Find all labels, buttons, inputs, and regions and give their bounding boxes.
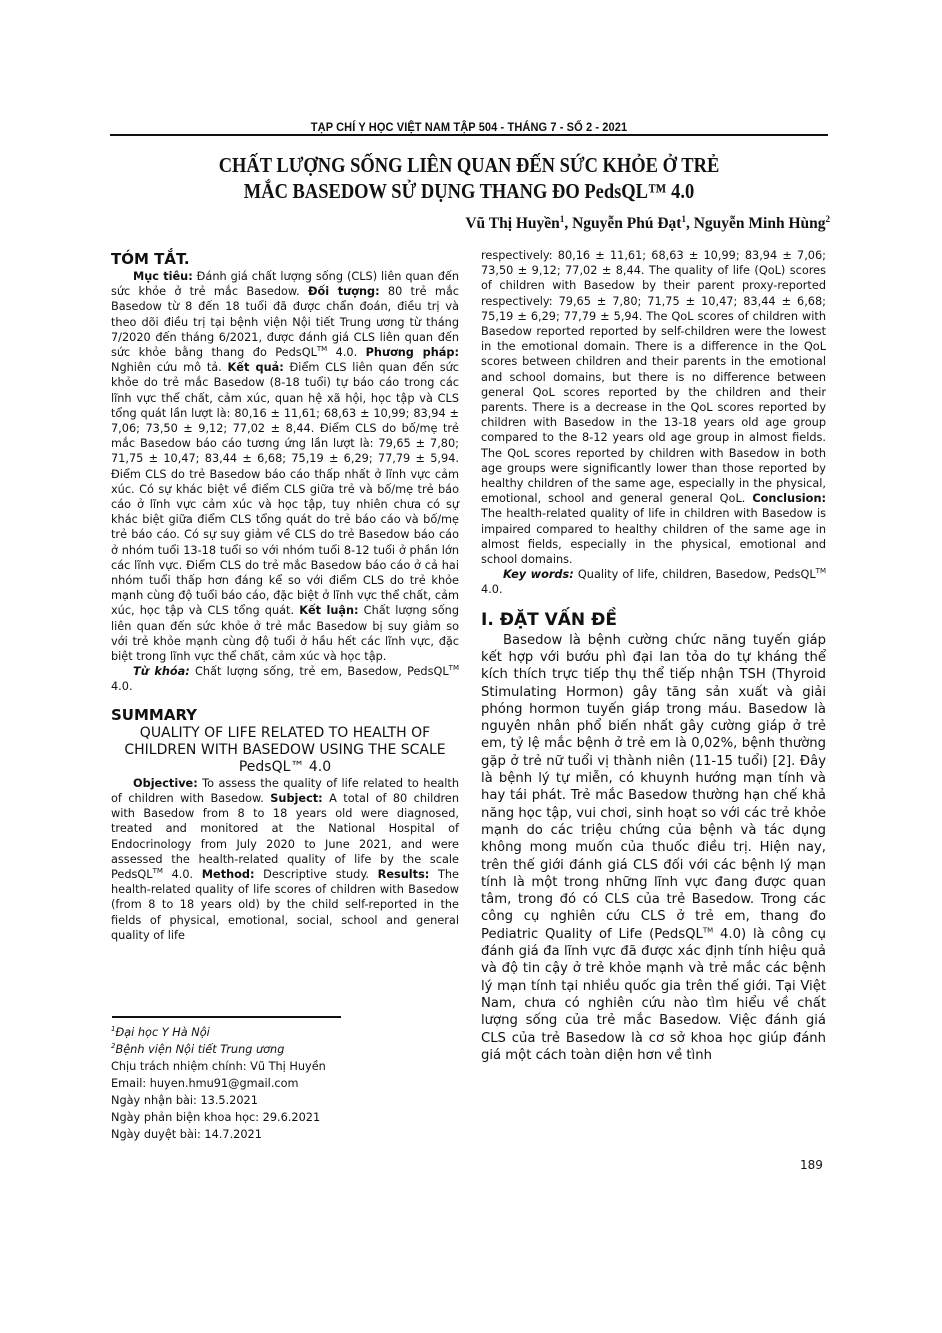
results-label: Kết quả: bbox=[228, 361, 284, 374]
keywords-text: Quality of life, children, Basedow, Peds… bbox=[574, 568, 816, 581]
introduction-text-cont: 4.0) là công cụ đánh giá đa lĩnh vực đã … bbox=[481, 927, 826, 1063]
introduction-body: Basedow là bệnh cường chức năng tuyến gi… bbox=[481, 632, 826, 1064]
conclusion-label: Conclusion: bbox=[752, 492, 826, 505]
trademark: TM bbox=[317, 345, 327, 353]
keywords-text: Chất lượng sống, trẻ em, Basedow, PedsQL bbox=[190, 665, 449, 678]
results-text: Điểm CLS liên quan đến sức khỏe do trẻ m… bbox=[111, 361, 459, 617]
introduction-text: Basedow là bệnh cường chức năng tuyến gi… bbox=[481, 633, 826, 942]
abstract-vi-heading: TÓM TẮT. bbox=[111, 249, 459, 269]
footnote-affiliation-2: 2Bệnh viện Nội tiết Trung ương bbox=[111, 1041, 326, 1058]
header-rule bbox=[110, 134, 828, 136]
footnote-affiliation-1: 1Đại học Y Hà Nội bbox=[111, 1024, 326, 1041]
introduction-heading: I. ĐẶT VẤN ĐỀ bbox=[481, 608, 826, 632]
author-name: Nguyễn Minh Hùng bbox=[694, 215, 826, 232]
keywords-label: Key words: bbox=[503, 568, 574, 581]
subject-tail: 4.0. bbox=[327, 346, 365, 359]
results-text-continued: respectively: 80,16 ± 11,61; 68,63 ± 10,… bbox=[481, 249, 826, 505]
method-text: Descriptive study. bbox=[255, 868, 378, 881]
method-text: Nghiên cứu mô tả. bbox=[111, 361, 228, 374]
keywords-tail: 4.0. bbox=[111, 680, 133, 693]
author-name: Nguyễn Phú Đạt bbox=[572, 215, 681, 232]
affiliation-marker: 1 bbox=[681, 214, 686, 224]
footnote-email: Email: huyen.hmu91@gmail.com bbox=[111, 1075, 326, 1092]
method-label: Method: bbox=[202, 868, 255, 881]
author-list: Vũ Thị Huyền1, Nguyễn Phú Đạt1, Nguyễn M… bbox=[465, 215, 830, 233]
footnote-received-date: Ngày nhận bài: 13.5.2021 bbox=[111, 1092, 326, 1109]
conclusion-text: The health-related quality of life in ch… bbox=[481, 507, 826, 566]
page-number: 189 bbox=[800, 1158, 823, 1172]
summary-body-continued: respectively: 80,16 ± 11,61; 68,63 ± 10,… bbox=[481, 248, 826, 567]
footnotes: 1Đại học Y Hà Nội 2Bệnh viện Nội tiết Tr… bbox=[111, 1024, 326, 1143]
footnote-review-date: Ngày phản biện khoa học: 29.6.2021 bbox=[111, 1109, 326, 1126]
abstract-vi-body: Mục tiêu: Đánh giá chất lượng sống (CLS)… bbox=[111, 269, 459, 664]
keywords-vi: Từ khóa: Chất lượng sống, trẻ em, Basedo… bbox=[111, 664, 459, 694]
results-label: Results: bbox=[378, 868, 430, 881]
journal-header: TẠP CHÍ Y HỌC VIỆT NAM TẬP 504 - THÁNG 7… bbox=[139, 120, 800, 134]
keywords-en: Key words: Quality of life, children, Ba… bbox=[481, 567, 826, 597]
article-title: CHẤT LƯỢNG SỐNG LIÊN QUAN ĐẾN SỨC KHỎE Ở… bbox=[110, 152, 828, 204]
right-column: respectively: 80,16 ± 11,61; 68,63 ± 10,… bbox=[481, 248, 826, 1064]
keywords-label: Từ khóa: bbox=[133, 665, 190, 678]
trademark: TM bbox=[703, 926, 713, 934]
subject-label: Đối tượng: bbox=[308, 285, 380, 298]
affiliation-marker: 2 bbox=[826, 214, 831, 224]
trademark: TM bbox=[449, 665, 459, 673]
subject-label: Subject: bbox=[270, 792, 322, 805]
method-label: Phương pháp: bbox=[366, 346, 459, 359]
keywords-tail: 4.0. bbox=[481, 583, 503, 596]
footnote-corresponding-author: Chịu trách nhiệm chính: Vũ Thị Huyền bbox=[111, 1058, 326, 1075]
author-name: Vũ Thị Huyền bbox=[465, 215, 559, 232]
conclusion-label: Kết luận: bbox=[299, 604, 358, 617]
title-line-2: MẮC BASEDOW SỬ DỤNG THANG ĐO PedsQL™ 4.0 bbox=[153, 178, 785, 204]
subject-tail: 4.0. bbox=[163, 868, 202, 881]
left-column: TÓM TẮT. Mục tiêu: Đánh giá chất lượng s… bbox=[111, 249, 459, 943]
objective-label: Objective: bbox=[133, 777, 198, 790]
trademark: TM bbox=[153, 867, 163, 875]
summary-body: Objective: To assess the quality of life… bbox=[111, 776, 459, 943]
summary-title: QUALITY OF LIFE RELATED TO HEALTH OF CHI… bbox=[111, 725, 459, 776]
summary-heading: SUMMARY bbox=[111, 705, 459, 725]
title-line-1: CHẤT LƯỢNG SỐNG LIÊN QUAN ĐẾN SỨC KHỎE Ở… bbox=[153, 152, 785, 178]
footnote-rule bbox=[112, 1016, 341, 1018]
trademark: TM bbox=[816, 568, 826, 576]
affiliation-marker: 1 bbox=[560, 214, 565, 224]
footnote-accepted-date: Ngày duyệt bài: 14.7.2021 bbox=[111, 1126, 326, 1143]
objective-label: Mục tiêu: bbox=[133, 270, 193, 283]
